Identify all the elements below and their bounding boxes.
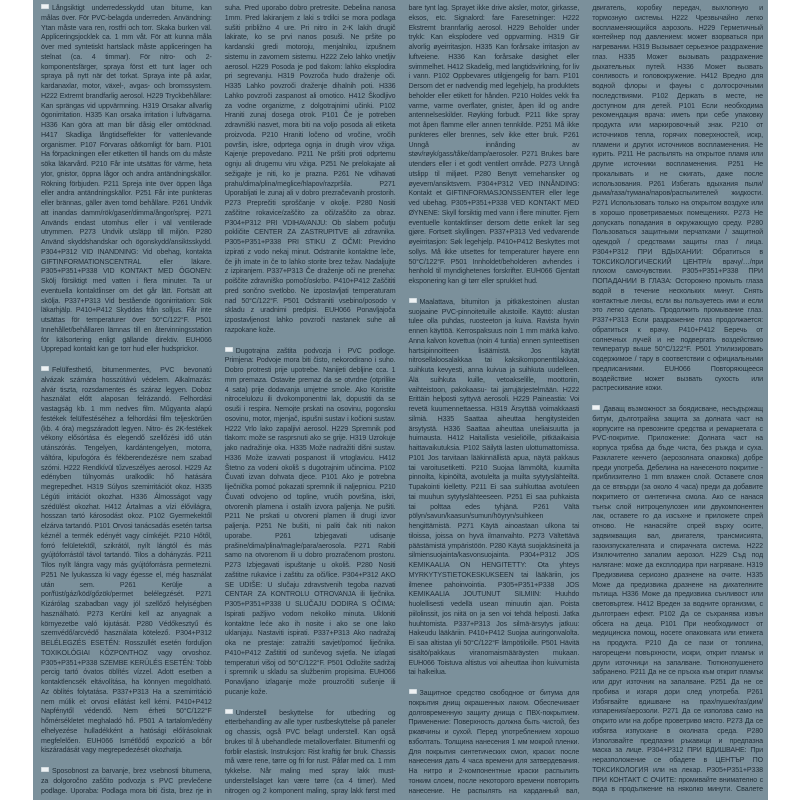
paragraph-text: Maalattava, bitumiton ja pitkäkestoinen … [409,298,580,677]
paragraph-text: Dugotrajna zaštita podvozja i PVC podlog… [225,347,396,696]
flag-icon [41,4,49,9]
paragraph-swedish: Långsiktigt underredesskydd utan bitume,… [41,4,212,355]
paragraph-text: Felülfesthető, bitumenmentes, PVC bevona… [41,366,212,754]
flag-icon [409,298,417,303]
flag-icon [41,366,49,371]
flag-icon [225,709,233,714]
text-columns: Långsiktigt underredesskydd utan bitume,… [41,4,763,800]
paragraph-hungarian: Felülfesthető, bitumenmentes, PVC bevona… [41,366,212,756]
flag-icon [225,347,233,352]
paragraph-text: Långsiktigt underredesskydd utan bitume,… [41,4,212,353]
flag-icon [409,689,417,694]
flag-icon [592,405,600,410]
safety-label-document: Långsiktigt underredesskydd utan bitume,… [33,0,768,800]
paragraph-finnish: Maalattava, bitumiton ja pitkäkestoinen … [409,298,580,678]
flag-icon [41,767,49,772]
paragraph-croatian: Dugotrajna zaštita podvozja i PVC podlog… [225,347,396,698]
